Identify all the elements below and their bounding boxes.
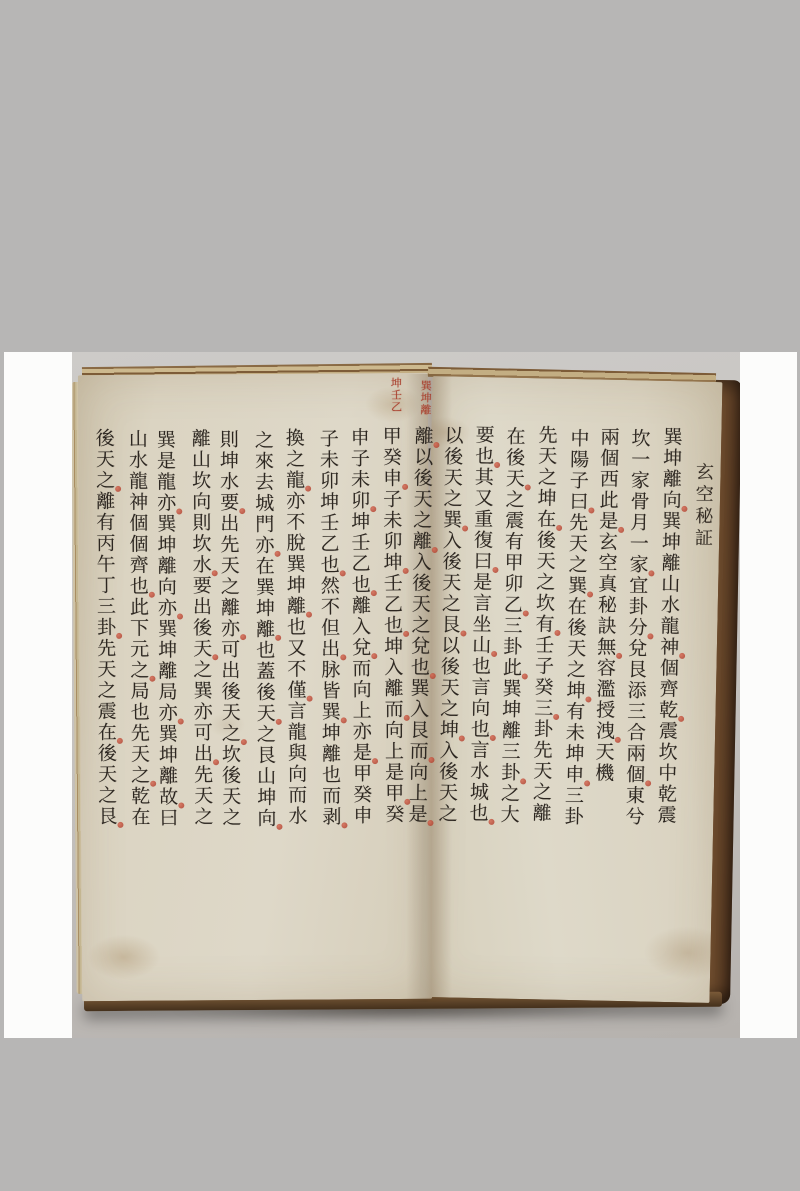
char-with-reading-mark: 艮 (95, 806, 117, 827)
char-with-reading-mark: 亦 (155, 598, 177, 619)
char-with-reading-mark: 之 (128, 765, 150, 786)
char-with-reading-mark: 龍 (283, 470, 305, 491)
char-with-reading-mark: 之 (127, 660, 149, 681)
char-with-reading-mark: 亦 (252, 535, 274, 556)
char-with-reading-mark: 亦 (156, 703, 178, 724)
char-with-reading-mark: 離 (284, 596, 306, 617)
char-with-reading-mark: 故 (156, 787, 178, 808)
char-with-reading-mark: 亦 (218, 618, 240, 639)
char-with-reading-mark: 也 (318, 554, 340, 575)
manuscript-photo: 玄空秘証 巽坤離 巽坤離向巽坤離山水龍神個齊乾震坎中乾震坎一家骨月一家宜卦分兌艮… (72, 352, 740, 1038)
text-column-left-2: 申子未卯坤壬乙也離入兌而向上亦是甲癸申 (345, 427, 375, 826)
char-with-reading-mark: 天 (254, 703, 276, 724)
char-with-reading-mark: 也 (127, 576, 149, 597)
char-with-reading-mark: 巽 (319, 701, 341, 722)
char-with-reading-mark: 剥 (319, 806, 341, 827)
char-with-reading-mark: 坤 (381, 552, 403, 573)
char-with-reading-mark: 出 (191, 743, 213, 764)
text-column-left-7: 離山坎向則坎水要出後天之巽亦可出先天之 (186, 428, 216, 827)
char-with-reading-mark: 離 (253, 619, 275, 640)
char-with-reading-mark: 在 (95, 722, 117, 743)
text-column-left-8: 巽是龍亦巽坤離向亦巽坤離局亦巽坤離故曰 (151, 430, 181, 829)
photo-matte: 玄空秘証 巽坤離 巽坤離向巽坤離山水龍神個齊乾震坎中乾震坎一家骨月一家宜卦分兌艮… (4, 352, 797, 1038)
text-column-left-10: 後天之離有丙午丁三卦先天之震在後天之艮 (90, 428, 120, 827)
char-with-reading-mark: 卦 (94, 617, 116, 638)
left-page-text: 坤壬乙 甲癸申子未卯坤壬乙也坤入離而向上是甲癸申子未卯坤壬乙也離入兌而向上亦是甲… (72, 352, 740, 1038)
text-column-left-3: 子未卯坤壬乙也然不但出脉皆巽坤離也而剥 (314, 428, 344, 827)
char-with-reading-mark: 水 (190, 554, 212, 575)
char-with-reading-mark: 向 (254, 808, 276, 829)
char-with-reading-mark: 也 (349, 574, 371, 595)
char-with-reading-mark: 兌 (349, 637, 371, 658)
char-with-reading-mark: 僅 (284, 680, 306, 701)
char-with-reading-mark: 天 (190, 638, 212, 659)
char-with-reading-mark: 而 (382, 699, 404, 720)
char-with-reading-mark: 亦 (154, 493, 176, 514)
char-with-reading-mark: 也 (381, 615, 403, 636)
char-with-reading-mark: 是 (350, 742, 372, 763)
char-with-reading-mark: 出 (318, 638, 340, 659)
char-with-reading-mark: 卯 (348, 490, 370, 511)
char-with-reading-mark: 之 (93, 470, 115, 491)
text-column-left-6: 則坤水要出先天之離亦可出後天之坎後天之 (214, 429, 244, 828)
text-column-left-1: 甲癸申子未卯坤壬乙也坤入離而向上是甲癸 (377, 426, 407, 825)
text-column-left-5: 之來去城門亦在巽坤離也蓋後天之艮山坤向 (249, 430, 279, 829)
char-with-reading-mark: 申 (380, 468, 402, 489)
char-with-reading-mark: 甲 (382, 783, 404, 804)
char-with-reading-mark: 之 (219, 723, 241, 744)
char-with-reading-mark: 要 (217, 492, 239, 513)
text-column-left-9: 山水龍神個個齊也此下元之局也先天之乾在 (123, 429, 153, 828)
text-column-left-4: 換之龍亦不脫巽坤離也又不僅言龍與向而水 (280, 428, 310, 827)
left-page-margin-label: 坤壬乙 (387, 377, 404, 413)
